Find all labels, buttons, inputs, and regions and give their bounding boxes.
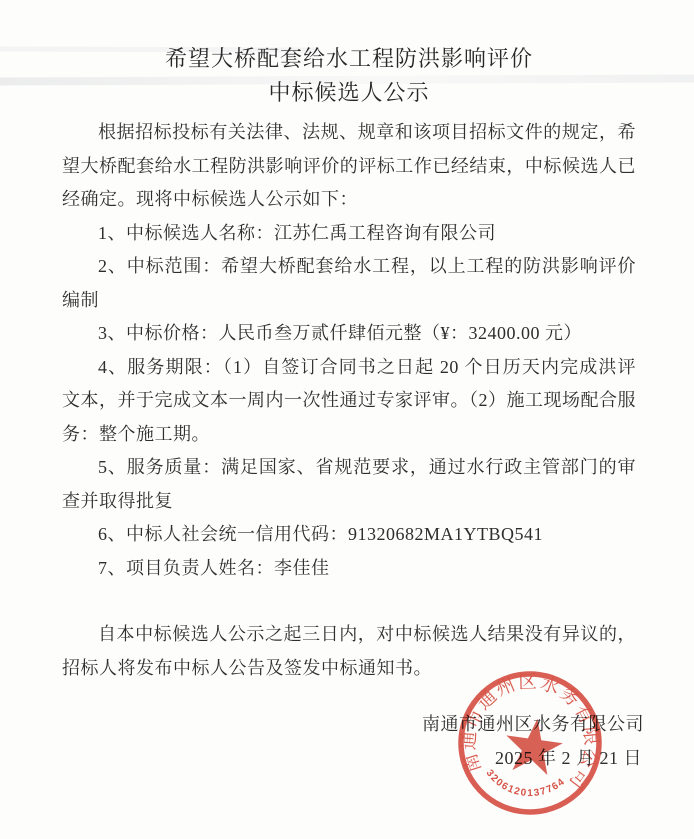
item-service-term: 4、服务期限：（1）自签订合同书之日起 20 个日历天内完成洪评文本，并于完成文… (62, 351, 636, 452)
signature-company: 南通市通州区水务有限公司 (62, 707, 644, 741)
closing-paragraph: 自本中标候选人公示之起三日内，对中标候选人结果没有异议的，招标人将发布中标人公告… (62, 618, 636, 685)
signature-date: 2025 年 2 月 21 日 (62, 741, 644, 775)
signature-block: 南通市通州区水务有限公司 2025 年 2 月 21 日 (62, 707, 644, 775)
title-line-2: 中标候选人公示 (62, 76, 636, 110)
title-line-1: 希望大桥配套给水工程防洪影响评价 (62, 42, 636, 76)
item-service-quality: 5、服务质量：满足国家、省规范要求，通过水行政主管部门的审查并取得批复 (62, 451, 636, 518)
item-project-manager: 7、项目负责人姓名：李佳佳 (62, 552, 636, 586)
item-winner-name: 1、中标候选人名称：江苏仁禹工程咨询有限公司 (62, 217, 636, 251)
item-bid-scope: 2、中标范围：希望大桥配套给水工程，以上工程的防洪影响评价编制 (62, 250, 636, 317)
item-credit-code: 6、中标人社会统一信用代码：91320682MA1YTBQ541 (62, 518, 636, 552)
document-content: 希望大桥配套给水工程防洪影响评价 中标候选人公示 根据招标投标有关法律、法规、规… (0, 0, 694, 775)
intro-paragraph: 根据招标投标有关法律、法规、规章和该项目招标文件的规定，希望大桥配套给水工程防洪… (62, 116, 636, 217)
document-body: 根据招标投标有关法律、法规、规章和该项目招标文件的规定，希望大桥配套给水工程防洪… (62, 116, 636, 685)
item-bid-price: 3、中标价格：人民币叁万贰仟肆佰元整（¥：32400.00 元） (62, 317, 636, 351)
document-page: 希望大桥配套给水工程防洪影响评价 中标候选人公示 根据招标投标有关法律、法规、规… (0, 0, 694, 839)
document-title: 希望大桥配套给水工程防洪影响评价 中标候选人公示 (62, 42, 636, 110)
